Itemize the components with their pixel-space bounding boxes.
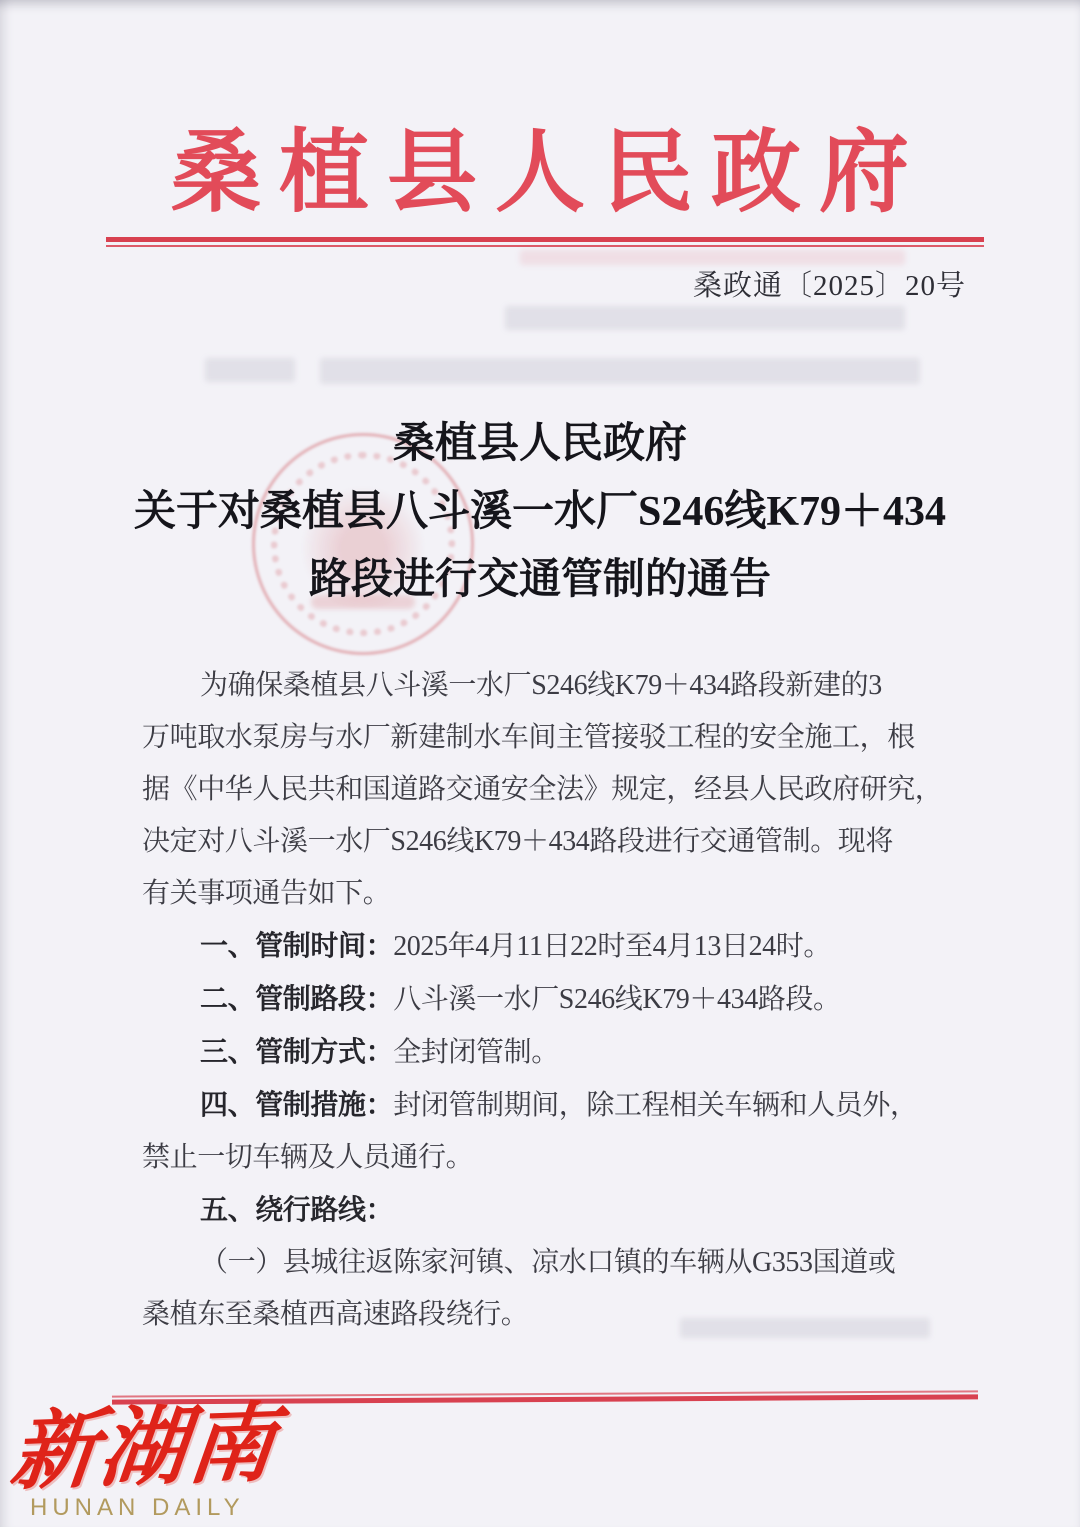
item-1-label: 一、管制时间： xyxy=(200,930,393,961)
notice-title-line-2: 关于对桑植县八斗溪一水厂S246线K79＋434 xyxy=(60,478,1020,546)
item-2-text: 八斗溪一水厂S246线K79＋434路段。 xyxy=(393,984,840,1015)
divider-thin-line xyxy=(106,245,984,247)
item-5-label: 五、绕行路线： xyxy=(200,1194,393,1225)
item-4-text: 封闭管制期间，除工程相关车辆和人员外， xyxy=(393,1090,917,1121)
item-3-text: 全封闭管制。 xyxy=(393,1037,559,1068)
document-page: 桑植县人民政府 桑政通〔2025〕20号 桑植县人民政府 关于对桑植县八斗溪一水… xyxy=(0,0,1080,1527)
hunan-daily-logo-en: HUNAN DAILY xyxy=(30,1494,245,1522)
intro-line: 为确保桑植县八斗溪一水厂S246线K79＋434路段新建的3 xyxy=(142,660,954,712)
control-item-2: 二、管制路段：八斗溪一水厂S246线K79＋434路段。 xyxy=(142,973,954,1026)
item-3-label: 三、管制方式： xyxy=(200,1036,393,1067)
intro-line: 据《中华人民共和国道路交通安全法》规定，经县人民政府研究， xyxy=(142,764,954,816)
bleed-through-ghost xyxy=(320,358,920,384)
item-2-label: 二、管制路段： xyxy=(200,983,393,1014)
bleed-through-ghost xyxy=(205,358,295,382)
bleed-through-ghost xyxy=(520,250,905,265)
intro-line: 决定对八斗溪一水厂S246线K79＋434路段进行交通管制。现将 xyxy=(142,816,954,868)
item-4-label: 四、管制措施： xyxy=(200,1089,393,1120)
control-item-3: 三、管制方式：全封闭管制。 xyxy=(142,1026,954,1079)
hunan-daily-logo-cn: 新湖南 xyxy=(6,1393,282,1502)
intro-line: 有关事项通告如下。 xyxy=(142,868,954,920)
item-1-text: 2025年4月11日22时至4月13日24时。 xyxy=(393,931,831,962)
control-item-5: 五、绕行路线： xyxy=(142,1184,954,1237)
letterhead-divider xyxy=(106,237,984,247)
control-item-1: 一、管制时间：2025年4月11日22时至4月13日24时。 xyxy=(142,920,954,973)
notice-body: 为确保桑植县八斗溪一水厂S246线K79＋434路段新建的3 万吨取水泵房与水厂… xyxy=(142,660,954,1341)
notice-title-line-1: 桑植县人民政府 xyxy=(60,410,1020,478)
detour-line: 桑植东至桑植西高速路段绕行。 xyxy=(142,1289,954,1341)
bleed-through-ghost xyxy=(505,306,905,330)
control-item-4-continued: 禁止一切车辆及人员通行。 xyxy=(142,1132,954,1184)
control-item-4: 四、管制措施：封闭管制期间，除工程相关车辆和人员外， xyxy=(142,1079,954,1132)
letterhead-org-name: 桑植县人民政府 xyxy=(0,108,1080,240)
detour-line: （一）县城往返陈家河镇、凉水口镇的车辆从G353国道或 xyxy=(142,1237,954,1289)
notice-title: 桑植县人民政府 关于对桑植县八斗溪一水厂S246线K79＋434 路段进行交通管… xyxy=(60,410,1020,614)
document-number: 桑政通〔2025〕20号 xyxy=(693,263,966,304)
intro-line: 万吨取水泵房与水厂新建制水车间主管接驳工程的安全施工，根 xyxy=(142,712,954,764)
notice-title-line-3: 路段进行交通管制的通告 xyxy=(60,546,1020,614)
